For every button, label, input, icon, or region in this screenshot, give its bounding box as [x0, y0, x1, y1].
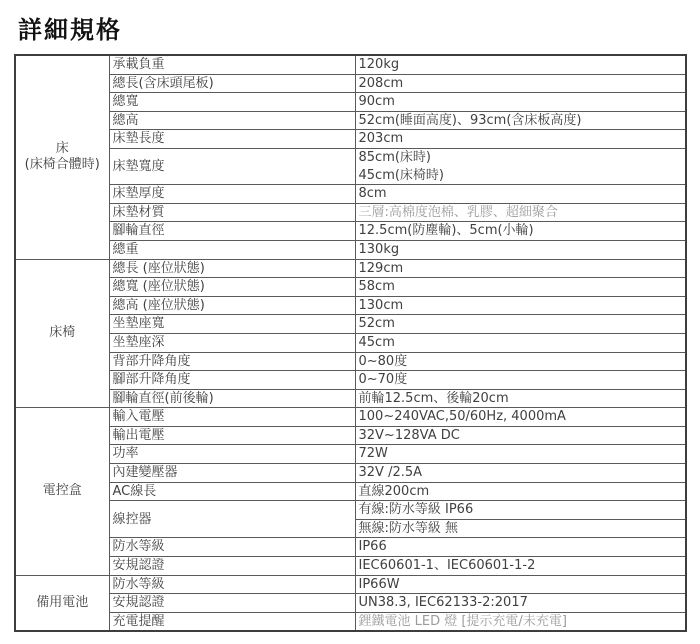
spec-value: 130kg: [355, 240, 686, 259]
spec-label: 防水等級: [109, 575, 355, 594]
spec-value-line: 100~240VAC,50/60Hz, 4000mA: [359, 408, 683, 426]
spec-value-line: 三層:高棉度泡棉、乳膠、超細聚合: [359, 204, 683, 222]
spec-label: 承載負重: [109, 55, 355, 74]
spec-label: 總長 (座位狀態): [109, 259, 355, 278]
spec-value: 0~70度: [355, 371, 686, 390]
spec-value-line: 208cm: [359, 75, 683, 93]
spec-row: 備用電池防水等級IP66W: [15, 575, 686, 594]
spec-value-line: IP66: [359, 538, 683, 556]
category-name-line: 電控盒: [19, 483, 106, 499]
spec-label: 腳部升降角度: [109, 371, 355, 390]
category-cell: 備用電池: [15, 575, 109, 631]
spec-value-line: 130kg: [359, 241, 683, 259]
spec-value-line: 72W: [359, 445, 683, 463]
spec-value: IEC60601-1、IEC60601-1-2: [355, 557, 686, 576]
spec-label: 安規認證: [109, 594, 355, 613]
spec-value-line: 12.5cm(防塵輪)、5cm(小輪): [359, 222, 683, 240]
spec-value: IP66W: [355, 575, 686, 594]
spec-value-line: 前輪12.5cm、後輪20cm: [359, 390, 683, 408]
spec-value: IP66: [355, 538, 686, 557]
spec-label: 總長(含床頭尾板): [109, 74, 355, 93]
spec-label: 輸入電壓: [109, 408, 355, 427]
category-name-line: 備用電池: [19, 595, 106, 611]
spec-label: 功率: [109, 445, 355, 464]
spec-value: 三層:高棉度泡棉、乳膠、超細聚合: [355, 203, 686, 222]
spec-value: 208cm: [355, 74, 686, 93]
spec-value-line: 52cm(睡面高度)、93cm(含床板高度): [359, 112, 683, 130]
spec-label: 總重: [109, 240, 355, 259]
spec-value-line: 52cm: [359, 315, 683, 333]
spec-value-line: 120kg: [359, 56, 683, 74]
spec-row: 功率72W: [15, 445, 686, 464]
spec-row: 總寬 (座位狀態)58cm: [15, 278, 686, 297]
spec-value: 100~240VAC,50/60Hz, 4000mA: [355, 408, 686, 427]
spec-row: 床墊材質三層:高棉度泡棉、乳膠、超細聚合: [15, 203, 686, 222]
page-title: 詳細規格: [18, 10, 700, 45]
spec-row: 坐墊座寬52cm: [15, 315, 686, 334]
spec-value-line: 45cm: [359, 334, 683, 352]
spec-row: 床墊寬度85cm(床時)45cm(床椅時): [15, 148, 686, 184]
spec-value-line: 129cm: [359, 260, 683, 278]
spec-label: 內建變壓器: [109, 464, 355, 483]
spec-value: 32V /2.5A: [355, 464, 686, 483]
spec-value-line: 0~80度: [359, 353, 683, 371]
spec-label: 腳輪直徑: [109, 222, 355, 241]
spec-row: 背部升降角度0~80度: [15, 352, 686, 371]
spec-row: 總長(含床頭尾板)208cm: [15, 74, 686, 93]
spec-value-line: 32V~128VA DC: [359, 427, 683, 445]
spec-row: 總高 (座位狀態)130cm: [15, 296, 686, 315]
category-name-line: 床: [19, 141, 106, 157]
spec-row: 線控器有線:防水等級 IP66無線:防水等級 無: [15, 501, 686, 538]
spec-value-line: 85cm(床時): [359, 149, 683, 167]
spec-value: 32V~128VA DC: [355, 426, 686, 445]
spec-value: 85cm(床時)45cm(床椅時): [355, 148, 686, 184]
spec-label: 坐墊座寬: [109, 315, 355, 334]
spec-label: 總高: [109, 111, 355, 130]
spec-value: UN38.3, IEC62133-2:2017: [355, 594, 686, 613]
category-name-line: 床椅: [19, 325, 106, 341]
spec-value: 130cm: [355, 296, 686, 315]
spec-row: 床(床椅合體時)承載負重120kg: [15, 55, 686, 74]
spec-value-line: 58cm: [359, 278, 683, 296]
spec-value-line: 203cm: [359, 130, 683, 148]
category-cell: 電控盒: [15, 408, 109, 575]
spec-label: 腳輪直徑(前後輪): [109, 389, 355, 408]
spec-label: 防水等級: [109, 538, 355, 557]
spec-label: 總寬: [109, 93, 355, 112]
spec-row: 防水等級IP66: [15, 538, 686, 557]
spec-label: 床墊材質: [109, 203, 355, 222]
spec-row: AC線長直線200cm: [15, 482, 686, 501]
spec-value-line: 90cm: [359, 93, 683, 111]
spec-value-line: 有線:防水等級 IP66: [359, 501, 683, 519]
spec-value: 45cm: [355, 333, 686, 352]
spec-row: 電控盒輸入電壓100~240VAC,50/60Hz, 4000mA: [15, 408, 686, 427]
spec-row: 床椅總長 (座位狀態)129cm: [15, 259, 686, 278]
category-name-line: (床椅合體時): [19, 157, 106, 173]
spec-label: 坐墊座深: [109, 333, 355, 352]
spec-row: 充電提醒鋰鐵電池 LED 燈 [提示充電/未充電]: [15, 612, 686, 631]
spec-label: 床墊厚度: [109, 185, 355, 204]
spec-row: 腳輪直徑12.5cm(防塵輪)、5cm(小輪): [15, 222, 686, 241]
spec-value-line: 32V /2.5A: [359, 464, 683, 482]
spec-value: 52cm: [355, 315, 686, 334]
spec-table-body: 床(床椅合體時)承載負重120kg總長(含床頭尾板)208cm總寬90cm總高5…: [15, 55, 686, 631]
spec-label: 線控器: [109, 501, 355, 538]
spec-row: 安規認證UN38.3, IEC62133-2:2017: [15, 594, 686, 613]
spec-value: 120kg: [355, 55, 686, 74]
spec-row: 床墊厚度8cm: [15, 185, 686, 204]
spec-value: 129cm: [355, 259, 686, 278]
spec-value: 8cm: [355, 185, 686, 204]
spec-row: 輸出電壓32V~128VA DC: [15, 426, 686, 445]
spec-value-line: IEC60601-1、IEC60601-1-2: [359, 557, 683, 575]
spec-value: 72W: [355, 445, 686, 464]
spec-value: 前輪12.5cm、後輪20cm: [355, 389, 686, 408]
category-cell: 床(床椅合體時): [15, 55, 109, 259]
spec-row: 坐墊座深45cm: [15, 333, 686, 352]
spec-value: 203cm: [355, 130, 686, 149]
category-cell: 床椅: [15, 259, 109, 408]
spec-label: AC線長: [109, 482, 355, 501]
spec-value: 鋰鐵電池 LED 燈 [提示充電/未充電]: [355, 612, 686, 631]
spec-value: 12.5cm(防塵輪)、5cm(小輪): [355, 222, 686, 241]
spec-value: 有線:防水等級 IP66無線:防水等級 無: [355, 501, 686, 538]
spec-label: 充電提醒: [109, 612, 355, 631]
spec-label: 安規認證: [109, 557, 355, 576]
spec-value: 90cm: [355, 93, 686, 112]
spec-value-line: 無線:防水等級 無: [356, 519, 686, 538]
spec-label: 輸出電壓: [109, 426, 355, 445]
spec-row: 內建變壓器32V /2.5A: [15, 464, 686, 483]
spec-label: 總寬 (座位狀態): [109, 278, 355, 297]
spec-value-line: UN38.3, IEC62133-2:2017: [359, 594, 683, 612]
spec-value: 58cm: [355, 278, 686, 297]
spec-row: 總高52cm(睡面高度)、93cm(含床板高度): [15, 111, 686, 130]
spec-row: 安規認證IEC60601-1、IEC60601-1-2: [15, 557, 686, 576]
spec-row: 總寬90cm: [15, 93, 686, 112]
spec-value: 0~80度: [355, 352, 686, 371]
spec-value: 52cm(睡面高度)、93cm(含床板高度): [355, 111, 686, 130]
spec-row: 總重130kg: [15, 240, 686, 259]
spec-table: 床(床椅合體時)承載負重120kg總長(含床頭尾板)208cm總寬90cm總高5…: [14, 54, 687, 632]
spec-label: 背部升降角度: [109, 352, 355, 371]
spec-value-line: 130cm: [359, 297, 683, 315]
spec-value: 直線200cm: [355, 482, 686, 501]
spec-label: 床墊長度: [109, 130, 355, 149]
spec-value-line: 0~70度: [359, 371, 683, 389]
spec-value-line: 鋰鐵電池 LED 燈 [提示充電/未充電]: [359, 613, 683, 631]
spec-value-line: 直線200cm: [359, 483, 683, 501]
spec-value-line: IP66W: [359, 576, 683, 594]
spec-label: 床墊寬度: [109, 148, 355, 184]
spec-label: 總高 (座位狀態): [109, 296, 355, 315]
spec-value-line: 8cm: [359, 185, 683, 203]
spec-row: 腳輪直徑(前後輪)前輪12.5cm、後輪20cm: [15, 389, 686, 408]
spec-row: 腳部升降角度0~70度: [15, 371, 686, 390]
spec-value-line: 45cm(床椅時): [359, 167, 683, 185]
spec-row: 床墊長度203cm: [15, 130, 686, 149]
